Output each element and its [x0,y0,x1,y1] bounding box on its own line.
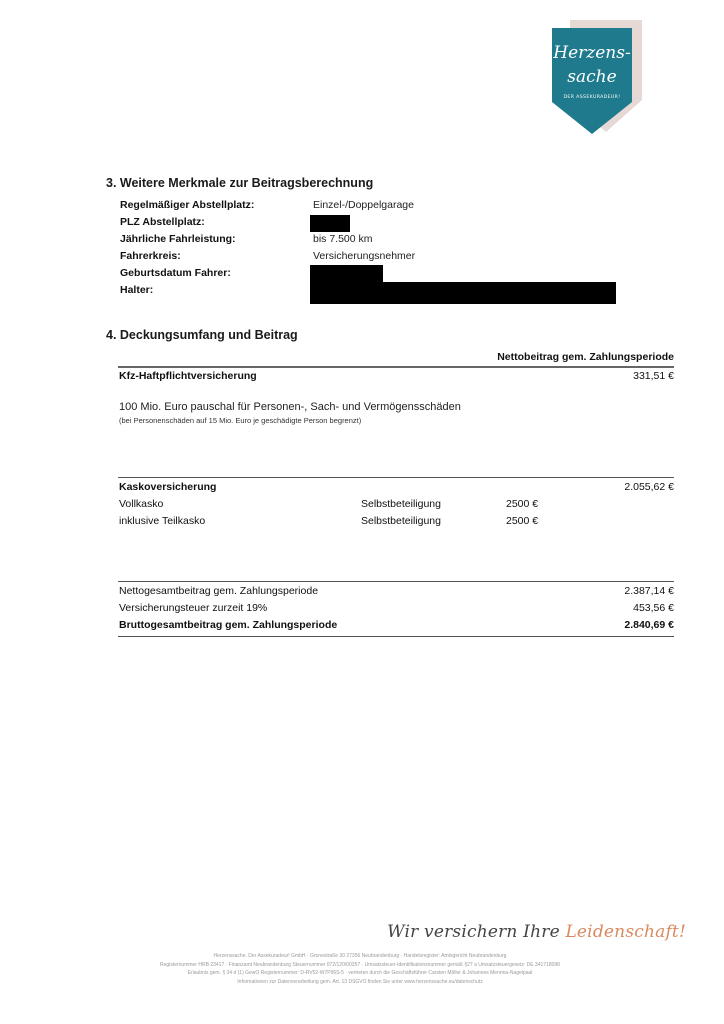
field-row: PLZ Abstellplatz: [120,216,640,232]
table-row: Vollkasko Selbstbeteiligung 2500 € [119,498,674,513]
footer-legal: Herzenssache. Der Assekuradeur! GmbH · G… [110,952,610,986]
footer-line: Herzenssache. Der Assekuradeur! GmbH · G… [110,952,610,961]
table-row-tax: Versicherungsteuer zurzeit 19% 453,56 € [119,602,674,617]
logo-line1: Herzens- [552,43,631,63]
field-label: PLZ Abstellplatz: [120,216,205,228]
total-label: Bruttogesamtbeitrag gem. Zahlungsperiode [119,619,337,631]
field-label: Halter: [120,284,153,296]
divider [118,366,674,368]
casco-amount: 2.055,62 € [624,481,674,493]
total-label: Versicherungsteuer zurzeit 19% [119,602,267,614]
liability-note: (bei Personenschäden auf 15 Mio. Euro je… [119,416,361,425]
field-row: Fahrerkreis: Versicherungsnehmer [120,250,640,266]
liability-description: 100 Mio. Euro pauschal für Personen-, Sa… [119,401,461,413]
divider [118,477,674,478]
company-logo: Herzens- sache DER ASSEKURADEUR! [548,16,648,138]
divider [118,636,674,637]
logo-tagline: DER ASSEKURADEUR! [563,94,620,100]
field-label: Geburtsdatum Fahrer: [120,267,231,279]
total-amount: 2.840,69 € [624,619,674,631]
table-row-gross-total: Bruttogesamtbeitrag gem. Zahlungsperiode… [119,619,674,634]
casco-item-label: inklusive Teilkasko [119,515,205,527]
field-label: Regelmäßiger Abstellplatz: [120,199,254,211]
column-header-net-premium: Nettobeitrag gem. Zahlungsperiode [497,351,674,363]
total-amount: 453,56 € [633,602,674,614]
field-row: Jährliche Fahrleistung: bis 7.500 km [120,233,640,249]
footer-line: Erlaubnis gem. § 34 d (1) GewO Registern… [110,969,610,978]
footer-slogan: Wir versichern Ihre Leidenschaft! [387,922,686,942]
redaction-plz [310,215,350,232]
divider [118,581,674,582]
section-3-heading: 3. Weitere Merkmale zur Beitragsberechnu… [106,176,373,190]
field-value: bis 7.500 km [313,233,373,245]
redaction-holder [310,282,616,304]
document-page: Herzens- sache DER ASSEKURADEUR! 3. Weit… [0,0,724,1024]
total-label: Nettogesamtbeitrag gem. Zahlungsperiode [119,585,318,597]
slogan-accent: Leidenschaft! [565,922,686,942]
liability-amount: 331,51 € [633,370,674,382]
field-label: Fahrerkreis: [120,250,181,262]
deductible-amount: 2500 € [506,498,538,510]
slogan-main: Wir versichern Ihre [387,922,565,942]
footer-line: Informationen zur Datenverarbeitung gem.… [110,978,610,987]
field-label: Jährliche Fahrleistung: [120,233,236,245]
footer-line: Registernummer HRB 23417 · Finanzamt Neu… [110,961,610,970]
total-amount: 2.387,14 € [624,585,674,597]
field-row: Regelmäßiger Abstellplatz: Einzel-/Doppe… [120,199,640,215]
table-row-liability: Kfz-Haftpflichtversicherung 331,51 € [119,370,674,385]
deductible-label: Selbstbeteiligung [361,498,441,510]
casco-label: Kaskoversicherung [119,481,216,493]
deductible-label: Selbstbeteiligung [361,515,441,527]
field-value: Versicherungsnehmer [313,250,415,262]
section-4-heading: 4. Deckungsumfang und Beitrag [106,328,298,342]
field-value: Einzel-/Doppelgarage [313,199,414,211]
table-row: inklusive Teilkasko Selbstbeteiligung 25… [119,515,674,530]
shield-logo-icon: Herzens- sache DER ASSEKURADEUR! [548,16,648,138]
deductible-amount: 2500 € [506,515,538,527]
table-row-net-total: Nettogesamtbeitrag gem. Zahlungsperiode … [119,585,674,600]
casco-item-label: Vollkasko [119,498,163,510]
logo-line2: sache [567,67,616,87]
liability-label: Kfz-Haftpflichtversicherung [119,370,257,382]
table-row-casco: Kaskoversicherung 2.055,62 € [119,481,674,496]
